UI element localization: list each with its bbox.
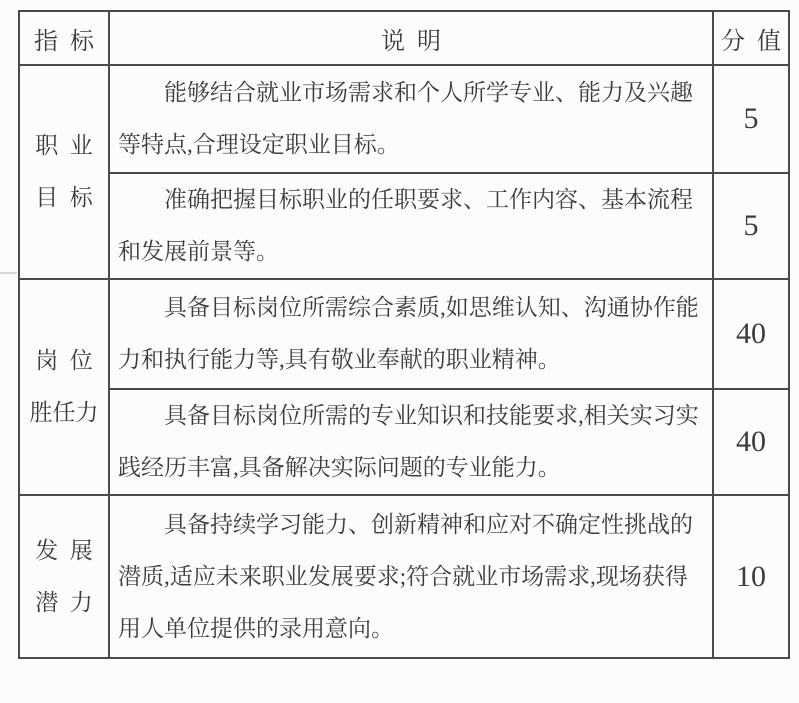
score-cell: 5 [713, 65, 789, 173]
description-text: 准确把握目标职业的任职要求、工作内容、基本流程和发展前景等。 [118, 174, 704, 278]
table-row: 岗 位 胜任力 具备目标岗位所需综合素质,如思维认知、沟通协作能力和执行能力等,… [19, 279, 789, 389]
header-row: 指 标 说 明 分 值 [19, 11, 789, 65]
table-row: 发 展 潜 力 具备持续学习能力、创新精神和应对不确定性挑战的潜质,适应未来职业… [19, 495, 789, 658]
indicator-cell-career-goal: 职 业 目 标 [19, 65, 109, 279]
table-row: 准确把握目标职业的任职要求、工作内容、基本流程和发展前景等。 5 [19, 173, 789, 279]
score-cell: 10 [713, 495, 789, 658]
header-cell-description: 说 明 [109, 11, 713, 65]
description-cell: 具备持续学习能力、创新精神和应对不确定性挑战的潜质,适应未来职业发展要求;符合就… [109, 495, 713, 658]
score-cell: 40 [713, 389, 789, 495]
table-row: 具备目标岗位所需的专业知识和技能要求,相关实习实践经历丰富,具备解决实际问题的专… [19, 389, 789, 495]
indicator-cell-job-competency: 岗 位 胜任力 [19, 279, 109, 495]
score-cell: 5 [713, 173, 789, 279]
description-cell: 能够结合就业市场需求和个人所学专业、能力及兴趣等特点,合理设定职业目标。 [109, 65, 713, 173]
description-text: 具备目标岗位所需综合素质,如思维认知、沟通协作能力和执行能力等,具有敬业奉献的职… [118, 282, 704, 386]
description-text: 具备持续学习能力、创新精神和应对不确定性挑战的潜质,适应未来职业发展要求;符合就… [118, 499, 704, 655]
description-text: 具备目标岗位所需的专业知识和技能要求,相关实习实践经历丰富,具备解决实际问题的专… [118, 390, 704, 494]
description-text: 能够结合就业市场需求和个人所学专业、能力及兴趣等特点,合理设定职业目标。 [118, 67, 704, 171]
description-cell: 准确把握目标职业的任职要求、工作内容、基本流程和发展前景等。 [109, 173, 713, 279]
scan-artifact-line [0, 272, 17, 274]
description-cell: 具备目标岗位所需的专业知识和技能要求,相关实习实践经历丰富,具备解决实际问题的专… [109, 389, 713, 495]
header-cell-score: 分 值 [713, 11, 789, 65]
evaluation-criteria-table: 指 标 说 明 分 值 职 业 目 标 能够结合就业市场需求和个人所学专业、能力… [18, 10, 790, 659]
description-cell: 具备目标岗位所需综合素质,如思维认知、沟通协作能力和执行能力等,具有敬业奉献的职… [109, 279, 713, 389]
header-cell-indicator: 指 标 [19, 11, 109, 65]
table-row: 职 业 目 标 能够结合就业市场需求和个人所学专业、能力及兴趣等特点,合理设定职… [19, 65, 789, 173]
score-cell: 40 [713, 279, 789, 389]
document-page: 指 标 说 明 分 值 职 业 目 标 能够结合就业市场需求和个人所学专业、能力… [0, 0, 799, 703]
indicator-cell-development-potential: 发 展 潜 力 [19, 495, 109, 658]
